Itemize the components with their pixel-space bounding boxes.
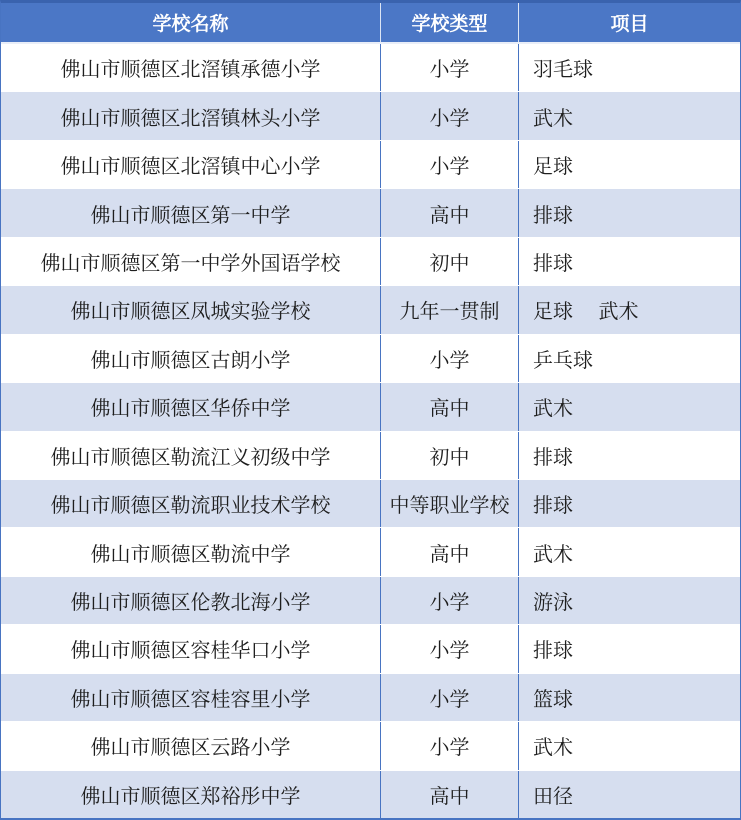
table-row: 佛山市顺德区勒流职业技术学校中等职业学校排球 [1, 480, 740, 528]
school-type-cell: 初中 [381, 238, 519, 285]
table-row: 佛山市顺德区北滘镇中心小学小学足球 [1, 141, 740, 189]
school-name-cell: 佛山市顺德区华侨中学 [1, 383, 381, 430]
header-school-name: 学校名称 [1, 3, 381, 42]
header-project: 项目 [519, 3, 740, 42]
school-name-cell: 佛山市顺德区勒流江义初级中学 [1, 432, 381, 479]
project-cell: 武术 [519, 722, 740, 769]
school-type-cell: 高中 [381, 771, 519, 818]
table-row: 佛山市顺德区容桂华口小学小学排球 [1, 625, 740, 673]
project-cell: 武术 [519, 383, 740, 430]
project-cell: 排球 [519, 238, 740, 285]
school-name-cell: 佛山市顺德区伦教北海小学 [1, 577, 381, 624]
school-name-cell: 佛山市顺德区第一中学外国语学校 [1, 238, 381, 285]
school-name-cell: 佛山市顺德区勒流中学 [1, 528, 381, 575]
project-cell: 足球 [519, 141, 740, 188]
school-name-cell: 佛山市顺德区勒流职业技术学校 [1, 480, 381, 527]
project-cell: 排球 [519, 480, 740, 527]
project-cell: 排球 [519, 189, 740, 236]
table-row: 佛山市顺德区第一中学高中排球 [1, 189, 740, 237]
table-body: 佛山市顺德区北滘镇承德小学小学羽毛球佛山市顺德区北滘镇林头小学小学武术佛山市顺德… [1, 44, 740, 818]
project-cell: 羽毛球 [519, 44, 740, 91]
school-type-cell: 九年一贯制 [381, 286, 519, 333]
table-row: 佛山市顺德区古朗小学小学乒乓球 [1, 335, 740, 383]
school-name-cell: 佛山市顺德区凤城实验学校 [1, 286, 381, 333]
school-name-cell: 佛山市顺德区北滘镇林头小学 [1, 92, 381, 139]
school-type-cell: 小学 [381, 141, 519, 188]
school-type-cell: 小学 [381, 577, 519, 624]
table-row: 佛山市顺德区勒流中学高中武术 [1, 528, 740, 576]
school-type-cell: 小学 [381, 92, 519, 139]
school-name-cell: 佛山市顺德区第一中学 [1, 189, 381, 236]
project-cell: 排球 [519, 625, 740, 672]
table-row: 佛山市顺德区容桂容里小学小学篮球 [1, 674, 740, 722]
school-type-cell: 高中 [381, 189, 519, 236]
school-name-cell: 佛山市顺德区郑裕彤中学 [1, 771, 381, 818]
project-cell: 足球 武术 [519, 286, 740, 333]
table-row: 佛山市顺德区北滘镇林头小学小学武术 [1, 92, 740, 140]
schools-sports-table: 学校名称 学校类型 项目 佛山市顺德区北滘镇承德小学小学羽毛球佛山市顺德区北滘镇… [0, 0, 741, 820]
table-row: 佛山市顺德区凤城实验学校九年一贯制足球 武术 [1, 286, 740, 334]
school-name-cell: 佛山市顺德区北滘镇承德小学 [1, 44, 381, 91]
project-cell: 篮球 [519, 674, 740, 721]
school-type-cell: 初中 [381, 432, 519, 479]
table-row: 佛山市顺德区第一中学外国语学校初中排球 [1, 238, 740, 286]
school-type-cell: 中等职业学校 [381, 480, 519, 527]
table-row: 佛山市顺德区云路小学小学武术 [1, 722, 740, 770]
project-cell: 武术 [519, 92, 740, 139]
school-name-cell: 佛山市顺德区容桂容里小学 [1, 674, 381, 721]
school-type-cell: 小学 [381, 44, 519, 91]
table-row: 佛山市顺德区郑裕彤中学高中田径 [1, 771, 740, 818]
school-type-cell: 高中 [381, 383, 519, 430]
school-name-cell: 佛山市顺德区云路小学 [1, 722, 381, 769]
project-cell: 武术 [519, 528, 740, 575]
school-type-cell: 小学 [381, 722, 519, 769]
table-row: 佛山市顺德区华侨中学高中武术 [1, 383, 740, 431]
school-type-cell: 小学 [381, 674, 519, 721]
project-cell: 排球 [519, 432, 740, 479]
project-cell: 游泳 [519, 577, 740, 624]
table-row: 佛山市顺德区伦教北海小学小学游泳 [1, 577, 740, 625]
table-header-row: 学校名称 学校类型 项目 [1, 3, 740, 44]
school-name-cell: 佛山市顺德区北滘镇中心小学 [1, 141, 381, 188]
table-row: 佛山市顺德区北滘镇承德小学小学羽毛球 [1, 44, 740, 92]
school-name-cell: 佛山市顺德区容桂华口小学 [1, 625, 381, 672]
school-type-cell: 小学 [381, 625, 519, 672]
project-cell: 乒乓球 [519, 335, 740, 382]
header-school-type: 学校类型 [381, 3, 519, 42]
project-cell: 田径 [519, 771, 740, 818]
school-type-cell: 小学 [381, 335, 519, 382]
school-name-cell: 佛山市顺德区古朗小学 [1, 335, 381, 382]
table-row: 佛山市顺德区勒流江义初级中学初中排球 [1, 432, 740, 480]
school-type-cell: 高中 [381, 528, 519, 575]
